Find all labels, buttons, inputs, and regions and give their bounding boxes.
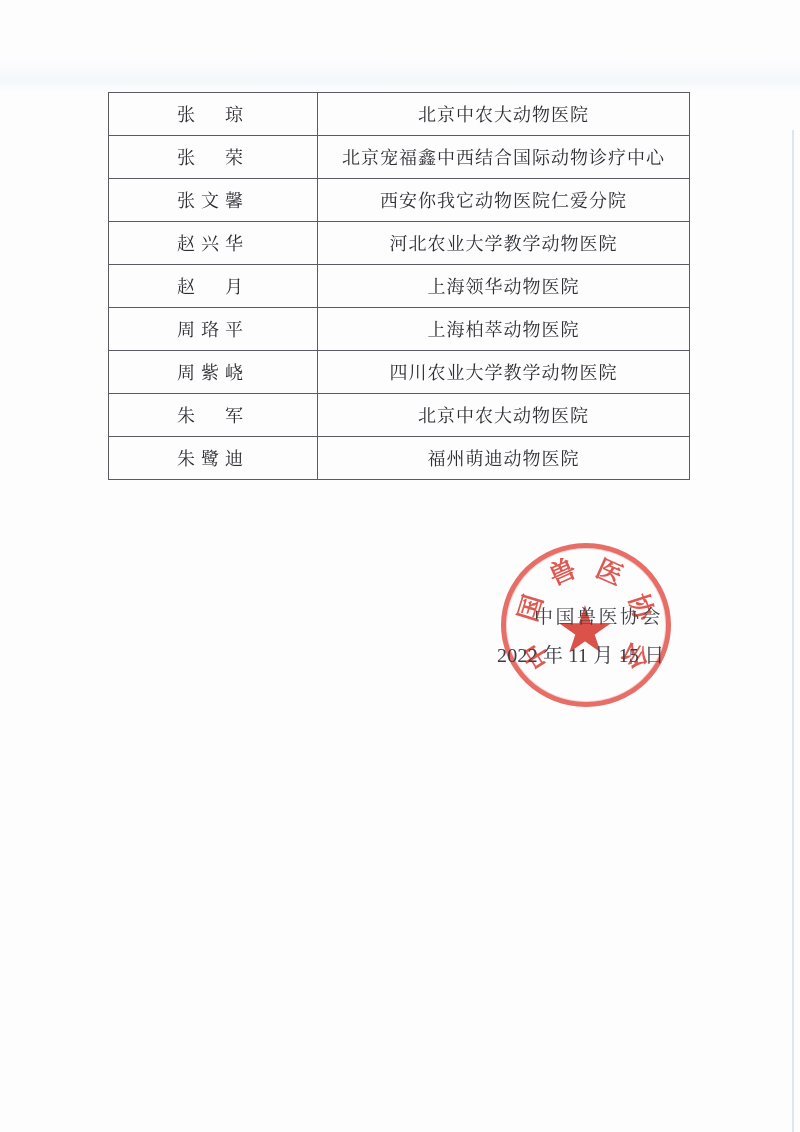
table-row: 张 琼 北京中农大动物医院	[109, 93, 690, 136]
person-name: 赵兴华	[109, 222, 318, 265]
person-name: 赵 月	[109, 265, 318, 308]
table-row: 朱鹭迪 福州萌迪动物医院	[109, 437, 690, 480]
roster-table: 张 琼 北京中农大动物医院 张 荣 北京宠福鑫中西结合国际动物诊疗中心 张文馨 …	[108, 92, 690, 480]
hospital-name: 上海柏萃动物医院	[318, 308, 690, 351]
hospital-name: 四川农业大学教学动物医院	[318, 351, 690, 394]
hospital-name: 上海领华动物医院	[318, 265, 690, 308]
hospital-name: 河北农业大学教学动物医院	[318, 222, 690, 265]
person-name: 朱 军	[109, 394, 318, 437]
person-name: 张 琼	[109, 93, 318, 136]
scan-edge-line	[792, 130, 794, 1132]
scanned-document-page: 张 琼 北京中农大动物医院 张 荣 北京宠福鑫中西结合国际动物诊疗中心 张文馨 …	[0, 0, 800, 1132]
association-name: 中国兽医协会	[534, 602, 663, 629]
hospital-name: 北京中农大动物医院	[318, 394, 690, 437]
hospital-name: 北京中农大动物医院	[318, 93, 690, 136]
table-row: 赵 月 上海领华动物医院	[109, 265, 690, 308]
hospital-name: 福州萌迪动物医院	[318, 437, 690, 480]
table-row: 赵兴华 河北农业大学教学动物医院	[109, 222, 690, 265]
person-name: 张 荣	[109, 136, 318, 179]
person-name: 周珞平	[109, 308, 318, 351]
table-row: 张文馨 西安你我它动物医院仁爱分院	[109, 179, 690, 222]
scan-noise-band	[0, 58, 800, 92]
table-row: 张 荣 北京宠福鑫中西结合国际动物诊疗中心	[109, 136, 690, 179]
table-row: 周紫峣 四川农业大学教学动物医院	[109, 351, 690, 394]
person-name: 朱鹭迪	[109, 437, 318, 480]
table-row: 朱 军 北京中农大动物医院	[109, 394, 690, 437]
table-row: 周珞平 上海柏萃动物医院	[109, 308, 690, 351]
signature-date: 2022 年 11 月 15 日	[497, 639, 664, 668]
hospital-name: 北京宠福鑫中西结合国际动物诊疗中心	[318, 136, 690, 179]
person-name: 周紫峣	[109, 351, 318, 394]
person-name: 张文馨	[109, 179, 318, 222]
hospital-name: 西安你我它动物医院仁爱分院	[318, 179, 690, 222]
